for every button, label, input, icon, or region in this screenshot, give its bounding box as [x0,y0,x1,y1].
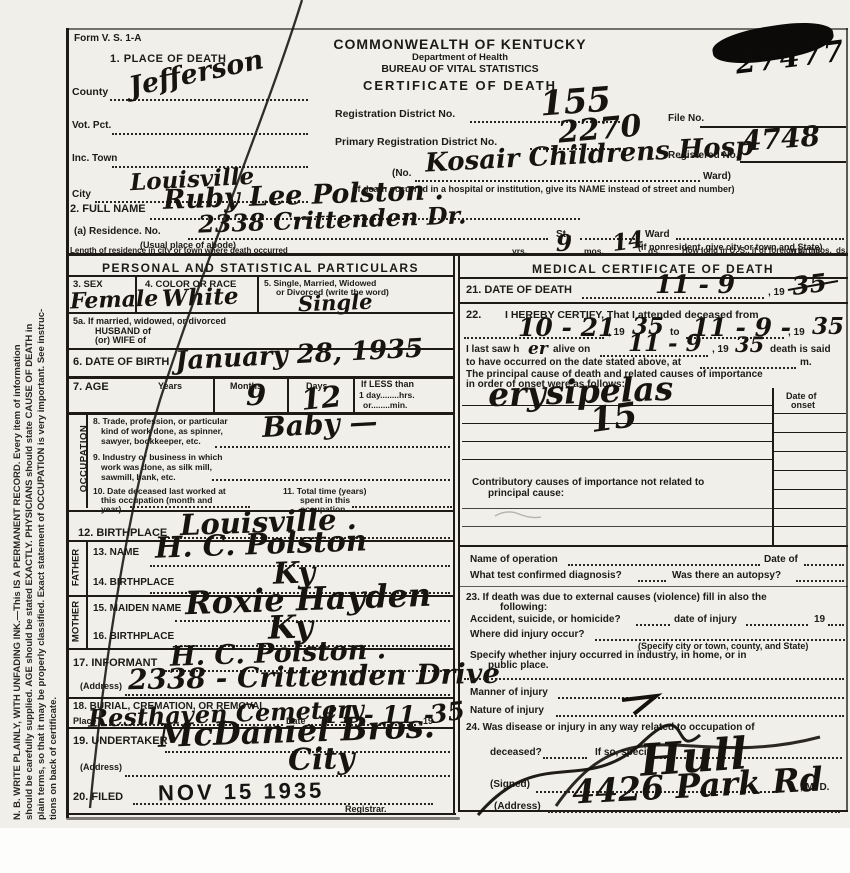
year-strike-stroke [788,281,838,290]
pen-strokes-overlay [0,0,850,873]
faint-pencil-mark [495,512,541,518]
signature-flourish-2 [556,737,820,806]
scan-bottom-edge [0,828,850,873]
signature-flourish-3 [622,696,656,714]
diagonal-pen-stroke [90,0,302,808]
death-certificate-scan: N. B. WRITE PLAINLY, WITH UNFADING INK.—… [0,0,850,873]
